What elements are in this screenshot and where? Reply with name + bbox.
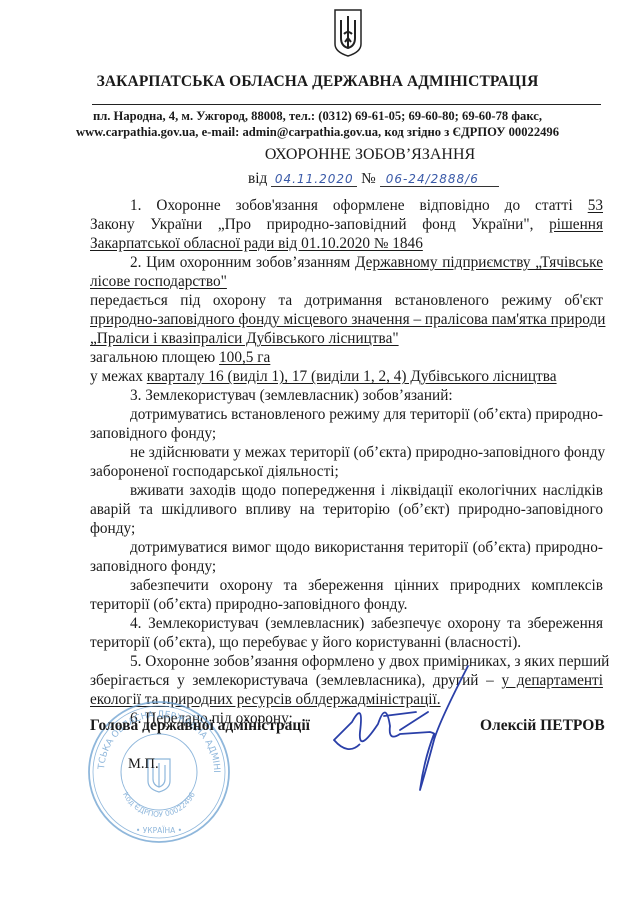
- p3-line1: 3. Землекористувач (землевласник) зобов’…: [90, 386, 603, 405]
- signatory-name: Олексій ПЕТРОВ: [480, 717, 605, 735]
- p3-line2: дотримуватись встановленого режиму для т…: [90, 405, 603, 424]
- p3-line12: території (об’єкта) природно-заповідного…: [90, 595, 603, 614]
- contact-address: пл. Народна, 4, м. Ужгород, 88008, тел.:…: [0, 109, 635, 124]
- p3-line11: забезпечити охорону та збереження цінних…: [90, 576, 603, 595]
- p3-line3: заповідного фонду;: [90, 424, 603, 443]
- p2-line1: 2. Цим охоронним зобов’язанням Державном…: [90, 253, 603, 272]
- p2-location: у межах кварталу 16 (виділ 1), 17 (виділ…: [90, 367, 603, 386]
- date-label: від: [248, 170, 267, 187]
- p1-line3: Закарпатської обласної ради від 01.10.20…: [90, 234, 603, 253]
- svg-text:Код ЄДРПОУ 00022496: Код ЄДРПОУ 00022496: [121, 790, 197, 819]
- date-value: 04.11.2020: [271, 172, 357, 187]
- p2-line3: передається під охорону та дотримання вс…: [90, 291, 603, 310]
- document-title: ОХОРОННЕ ЗОБОВ’ЯЗАННЯ: [0, 146, 635, 164]
- p3-line5: забороненої господарської діяльності;: [90, 462, 603, 481]
- p2-line2: лісове господарство": [90, 272, 603, 291]
- number-value: 06-24/2888/6: [380, 172, 499, 187]
- organization-name: ЗАКАРПАТСЬКА ОБЛАСНА ДЕРЖАВНА АДМІНІСТРА…: [0, 73, 635, 91]
- p4-line1: 4. Землекористувач (землевласник) забезп…: [90, 614, 603, 633]
- number-label: №: [361, 170, 376, 187]
- p2-area: загальною площею 100,5 га: [90, 348, 603, 367]
- p3-line6: вживати заходів щодо попередження і лікв…: [90, 481, 603, 500]
- p3-line7: аварій та шкідливого впливу на територію…: [90, 500, 603, 519]
- p2-line4: природно-заповідного фонду місцевого зна…: [90, 310, 603, 329]
- contact-web-email: www.carpathia.gov.ua, e-mail: admin@carp…: [0, 125, 635, 140]
- p4-line2: території (об’єкта), що перебуває у його…: [90, 633, 603, 652]
- seal-label: М.П.: [128, 756, 159, 773]
- svg-text:• УКРАЇНА •: • УКРАЇНА •: [136, 826, 182, 835]
- p3-line10: заповідного фонду;: [90, 557, 603, 576]
- p3-line9: дотримуватися вимог щодо використання те…: [90, 538, 603, 557]
- p1-line1: 1. Охоронне зобов'язання оформлене відпо…: [90, 196, 603, 215]
- p2-line5: „Праліси і квазіпраліси Дубівського лісн…: [90, 329, 603, 348]
- p1-line2: Закону України „Про природно-заповідний …: [90, 215, 603, 234]
- date-number-row: від04.11.2020 №06-24/2888/6: [248, 170, 499, 188]
- p3-line8: фонду;: [90, 519, 603, 538]
- handwritten-signature-icon: [330, 660, 480, 800]
- ukraine-coat-of-arms-icon: [333, 8, 363, 58]
- p3-line4: не здійснювати у межах території (об’єкт…: [90, 443, 603, 462]
- header-divider: [92, 104, 601, 105]
- signatory-position: Голова державної адміністрації: [90, 717, 310, 735]
